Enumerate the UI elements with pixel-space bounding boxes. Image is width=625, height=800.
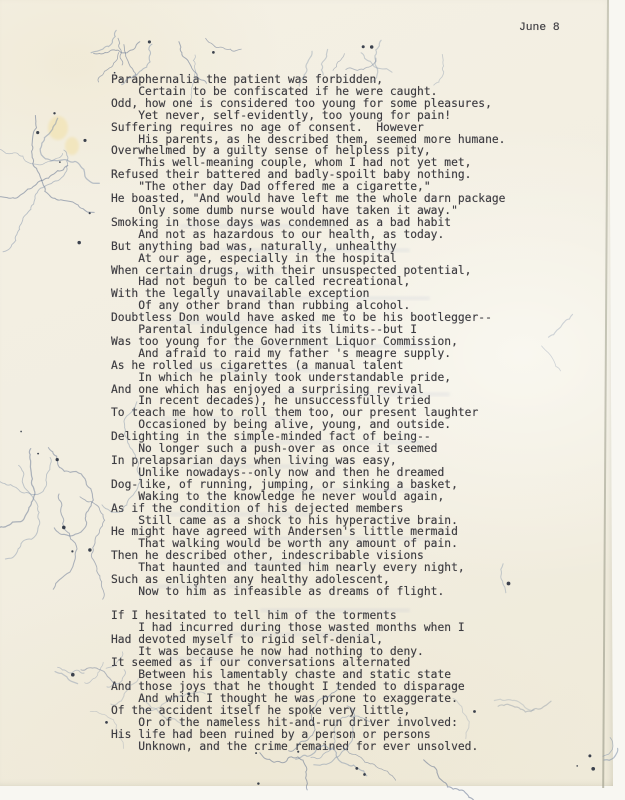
date-heading: June 8 [519, 22, 560, 34]
poem-text: Paraphernalia the patient was forbidden,… [111, 74, 505, 753]
